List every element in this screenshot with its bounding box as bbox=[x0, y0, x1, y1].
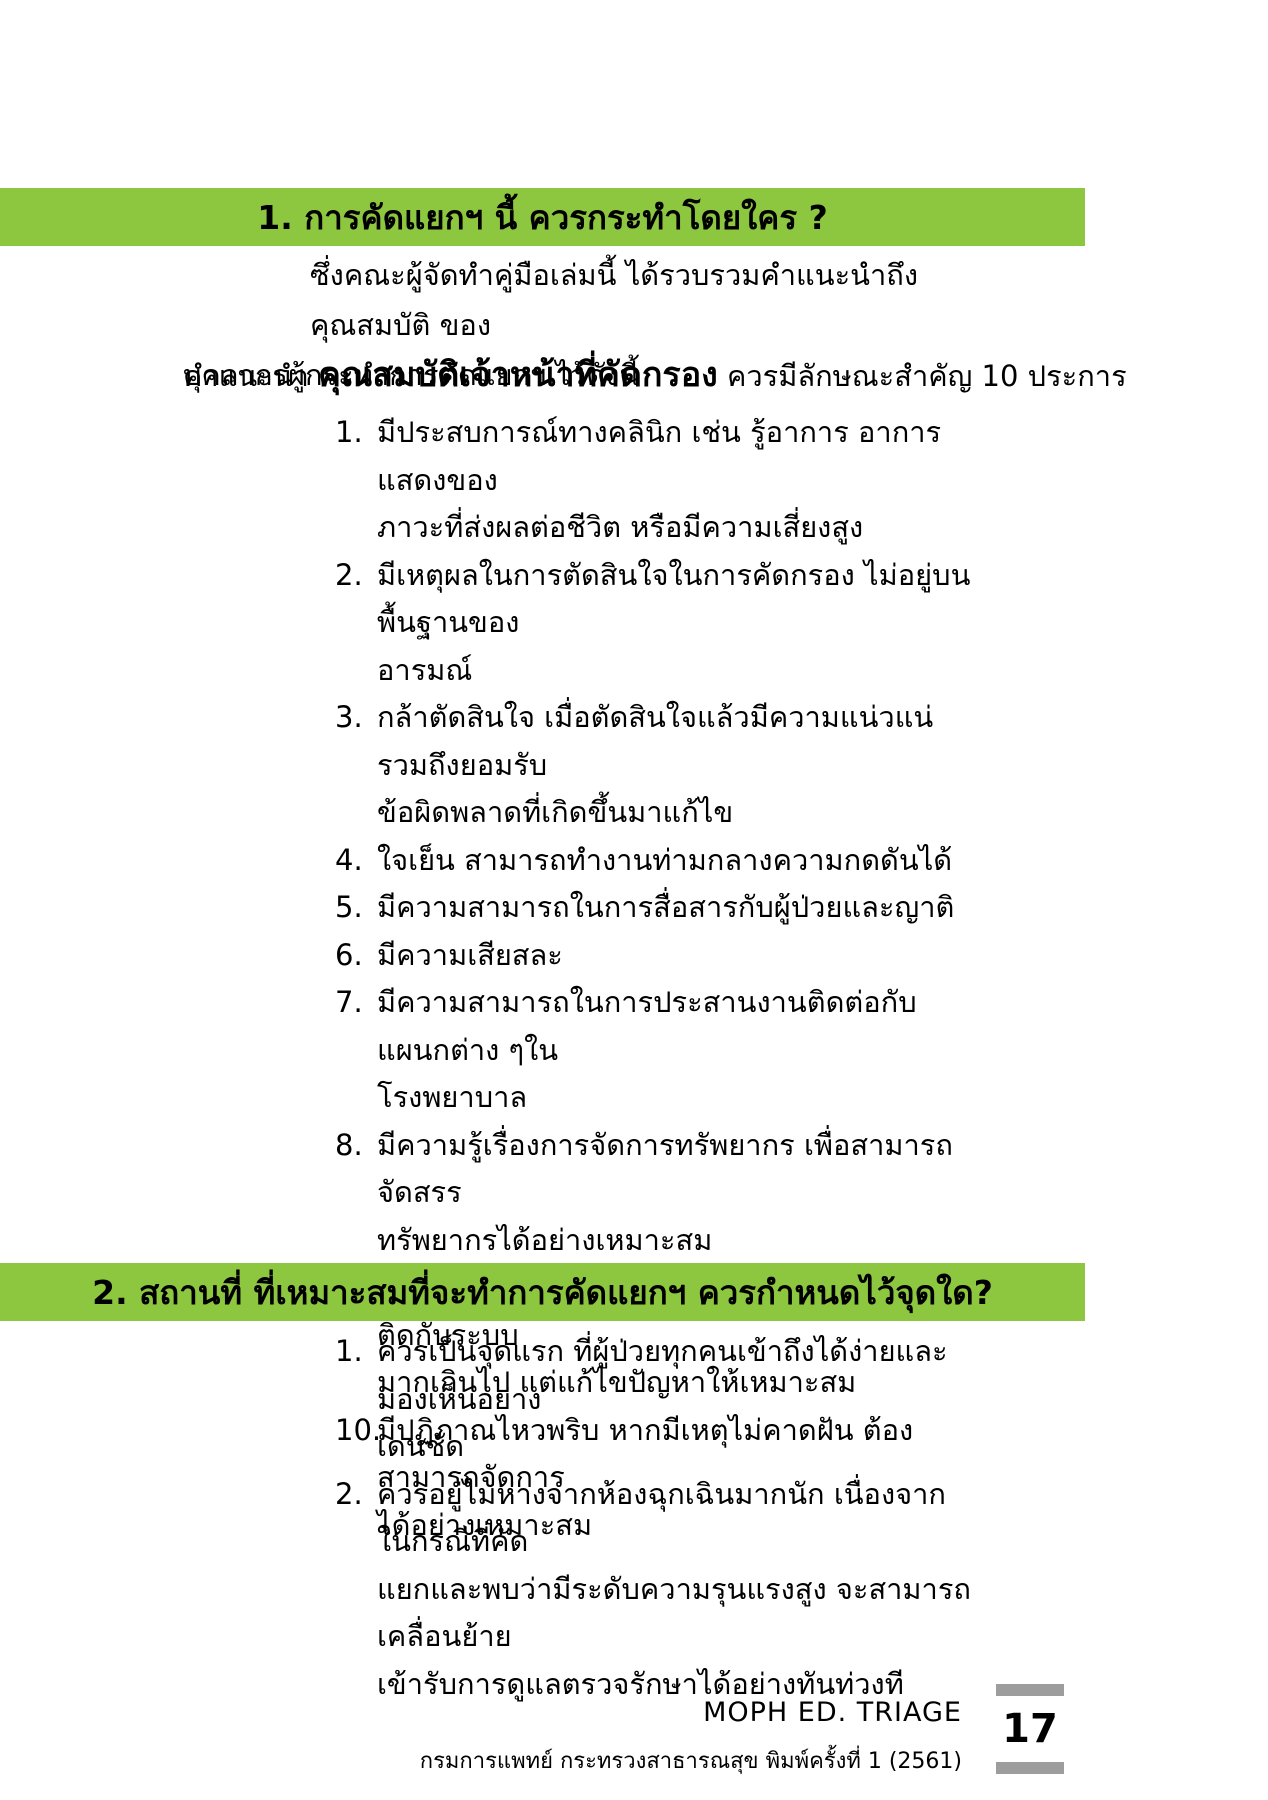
list-item-number: 2. bbox=[335, 1471, 363, 1519]
list-item-number: 1. bbox=[335, 1328, 363, 1376]
list-item: 1. ควรเป็นจุดแรก ที่ผู้ป่วยทุกคนเข้าถึงไ… bbox=[335, 1328, 977, 1471]
list-item: 5. มีความสามารถในการสื่อสารกับผู้ป่วยและ… bbox=[335, 884, 977, 932]
list-item: 4. ใจเย็น สามารถทำงานท่ามกลางความกดดันได… bbox=[335, 837, 977, 885]
page-number-rule-bottom bbox=[996, 1762, 1064, 1774]
document-page: 1. การคัดแยกฯ นี้ ควรกระทำโดยใคร ? ซึ่งค… bbox=[0, 0, 1268, 1800]
list-item-text: ควรอยู่ไม่ห่างจากห้องฉุกเฉินมากนัก เนื่อ… bbox=[377, 1477, 971, 1701]
page-number: 17 bbox=[996, 1696, 1064, 1762]
footer-brand: MOPH ED. TRIAGE bbox=[500, 1697, 962, 1728]
list-item-text: มีความรู้เรื่องการจัดการทรัพยากร เพื่อสา… bbox=[377, 1128, 953, 1257]
list-item-text: มีประสบการณ์ทางคลินิก เช่น รู้อาการ อากา… bbox=[377, 415, 941, 544]
page-number-rule-top bbox=[996, 1684, 1064, 1696]
list-item-number: 4. bbox=[335, 837, 363, 885]
list-item-text: ใจเย็น สามารถทำงานท่ามกลางความกดดันได้ bbox=[377, 843, 952, 877]
list-item: 3. กล้าตัดสินใจ เมื่อตัดสินใจแล้วมีความแ… bbox=[335, 694, 977, 837]
list-item-number: 5. bbox=[335, 884, 363, 932]
section1-heading-bar: 1. การคัดแยกฯ นี้ ควรกระทำโดยใคร ? bbox=[0, 188, 1085, 246]
footer-imprint: กรมการแพทย์ กระทรวงสาธารณสุข พิมพ์ครั้งท… bbox=[360, 1743, 962, 1778]
list-item-number: 3. bbox=[335, 694, 363, 742]
list-item-text: กล้าตัดสินใจ เมื่อตัดสินใจแล้วมีความแน่ว… bbox=[377, 700, 933, 829]
lead-line: คำแนะนำ คุณสมบัติเจ้าหน้าที่คัดกรอง ควรม… bbox=[183, 351, 973, 400]
intro-line: ซึ่งคณะผู้จัดทำคู่มือเล่มนี้ ได้รวบรวมคำ… bbox=[183, 250, 963, 350]
list-item: 6. มีความเสียสละ bbox=[335, 932, 977, 980]
list-item-number: 2. bbox=[335, 552, 363, 600]
list-item: 2. ควรอยู่ไม่ห่างจากห้องฉุกเฉินมากนัก เน… bbox=[335, 1471, 977, 1709]
lead-prefix: คำแนะนำ bbox=[183, 359, 309, 393]
list-item: 7. มีความสามารถในการประสานงานติดต่อกับแผ… bbox=[335, 979, 977, 1122]
list-item-number: 7. bbox=[335, 979, 363, 1027]
list-item: 1. มีประสบการณ์ทางคลินิก เช่น รู้อาการ อ… bbox=[335, 409, 977, 552]
section2-heading-bar: 2. สถานที่ ที่เหมาะสมที่จะทำการคัดแยกฯ ค… bbox=[0, 1263, 1085, 1321]
list-item-number: 6. bbox=[335, 932, 363, 980]
section2-heading: 2. สถานที่ ที่เหมาะสมที่จะทำการคัดแยกฯ ค… bbox=[92, 1266, 993, 1319]
page-number-block: 17 bbox=[996, 1684, 1064, 1774]
list-item-text: มีความสามารถในการประสานงานติดต่อกับแผนกต… bbox=[377, 985, 917, 1114]
section1-heading: 1. การคัดแยกฯ นี้ ควรกระทำโดยใคร ? bbox=[257, 191, 827, 244]
list-item: 2. มีเหตุผลในการตัดสินใจในการคัดกรอง ไม่… bbox=[335, 552, 977, 695]
list-item-text: มีความเสียสละ bbox=[377, 938, 563, 972]
list-item-number: 1. bbox=[335, 409, 363, 457]
list-item: 8. มีความรู้เรื่องการจัดการทรัพยากร เพื่… bbox=[335, 1122, 977, 1265]
list-item-text: มีความสามารถในการสื่อสารกับผู้ป่วยและญาต… bbox=[377, 890, 954, 924]
list-item-number: 8. bbox=[335, 1122, 363, 1170]
lead-suffix: ควรมีลักษณะสำคัญ 10 ประการ bbox=[727, 359, 1127, 393]
locations-list: 1. ควรเป็นจุดแรก ที่ผู้ป่วยทุกคนเข้าถึงไ… bbox=[335, 1328, 977, 1708]
list-item-text: ควรเป็นจุดแรก ที่ผู้ป่วยทุกคนเข้าถึงได้ง… bbox=[377, 1334, 948, 1463]
list-item-text: มีเหตุผลในการตัดสินใจในการคัดกรอง ไม่อยู… bbox=[377, 558, 970, 687]
qualification-bold-term: คุณสมบัติเจ้าหน้าที่คัดกรอง bbox=[318, 355, 718, 395]
